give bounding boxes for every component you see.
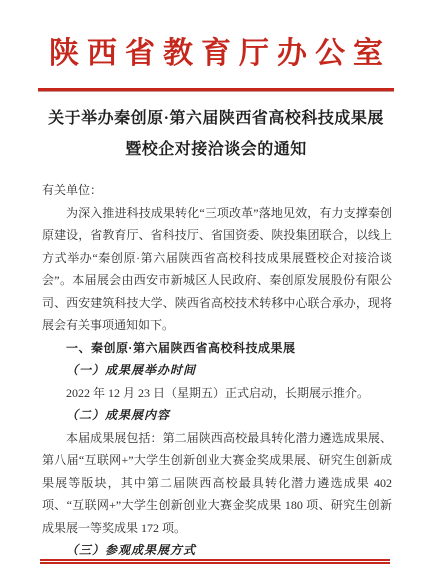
header-red-rule — [38, 88, 394, 91]
document-title: 关于举办秦创原·第六届陕西省高校科技成果展 暨校企对接洽谈会的通知 — [0, 103, 432, 165]
event-time-text: 2022 年 12 月 23 日（星期五）正式启动，长期展示推介。 — [42, 382, 392, 405]
document-body: 有关单位： 为深入推进科技成果转化“三项改革”落地见效，有力支撑秦创原建设，省教… — [42, 179, 392, 562]
salutation: 有关单位： — [42, 179, 392, 202]
agency-header-title: 陕西省教育厅办公室 — [0, 0, 432, 74]
document-title-line1: 关于举办秦创原·第六届陕西省高校科技成果展 — [0, 103, 432, 134]
intro-paragraph: 为深入推进科技成果转化“三项改革”落地见效，有力支撑秦创原建设，省教育厅、省科技… — [42, 202, 392, 337]
section-1-heading: 一、秦创原·第六届陕西省高校科技成果展 — [42, 337, 392, 360]
document-title-line2: 暨校企对接洽谈会的通知 — [0, 134, 432, 165]
document-page: 陕西省教育厅办公室 关于举办秦创原·第六届陕西省高校科技成果展 暨校企对接洽谈会… — [0, 0, 432, 587]
footer-red-rule — [40, 559, 390, 564]
subsection-2-heading: （二）成果展内容 — [42, 404, 392, 427]
subsection-1-heading: （一）成果展举办时间 — [42, 359, 392, 382]
exhibition-content-paragraph: 本届成果展包括：第二届陕西高校最具转化潜力遴选成果展、第八届“互联网+”大学生创… — [42, 427, 392, 540]
